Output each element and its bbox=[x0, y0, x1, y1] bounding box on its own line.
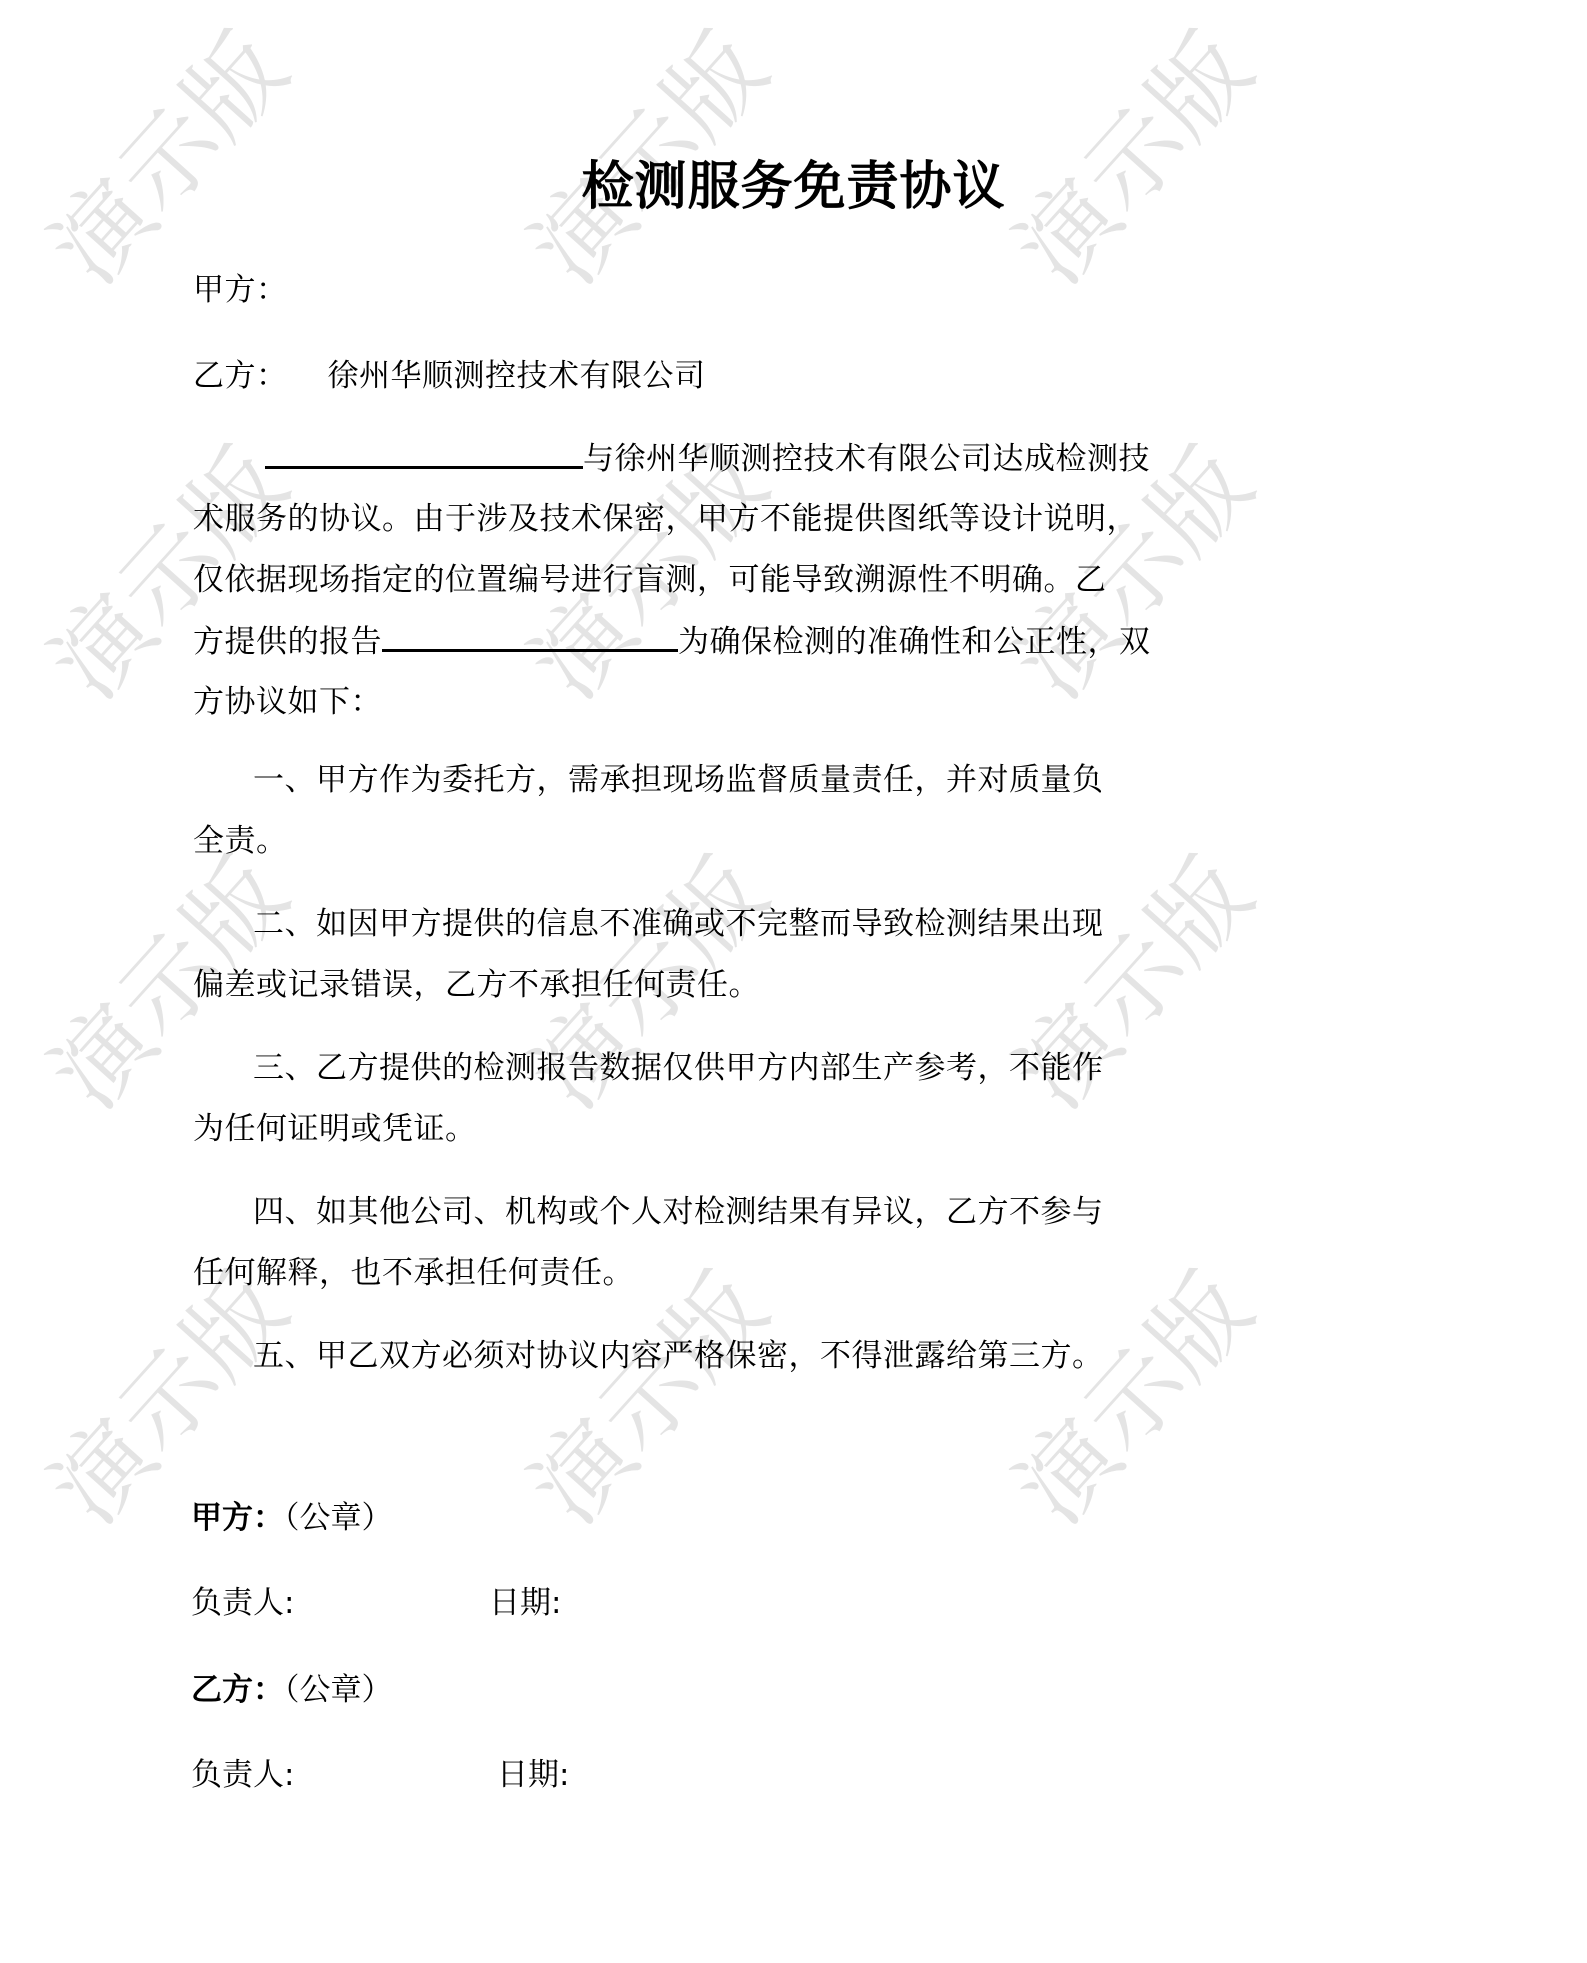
intro-line-2: 术服务的协议。由于涉及技术保密，甲方不能提供图纸等设计说明， bbox=[193, 497, 1138, 541]
clause-3-line-2: 为任何证明或凭证。 bbox=[193, 1107, 477, 1151]
document-page: 演示版 演示版 演示版 演示版 演示版 演示版 演示版 演示版 演示版 演示版 … bbox=[0, 0, 1587, 1963]
clause-3-line-1: 三、乙方提供的检测报告数据仅供甲方内部生产参考，不能作 bbox=[253, 1046, 1104, 1090]
clause-1-line-1: 一、甲方作为委托方，需承担现场监督质量责任，并对质量负 bbox=[253, 758, 1104, 802]
clause-2-line-1: 二、如因甲方提供的信息不准确或不完整而导致检测结果出现 bbox=[253, 902, 1104, 946]
party-a-label: 甲方： bbox=[193, 272, 288, 308]
intro-line-4: 方提供的报告为确保检测的准确性和公正性，双 bbox=[193, 619, 1151, 664]
clause-2-line-2: 偏差或记录错误，乙方不承担任何责任。 bbox=[193, 963, 760, 1007]
party-b-name: 徐州华顺测控技术有限公司 bbox=[328, 358, 706, 394]
signature-party-a-label: 甲方： bbox=[191, 1500, 284, 1536]
signature-party-b-label: 乙方： bbox=[191, 1672, 284, 1708]
watermark: 演示版 bbox=[992, 1247, 1277, 1549]
signature-party-b-person: 负责人: bbox=[191, 1753, 294, 1797]
intro-line-1: 与徐州华顺测控技术有限公司达成检测技 bbox=[265, 436, 1150, 481]
signature-party-b-seal: （公章） bbox=[284, 1672, 393, 1708]
signature-party-b-date: 日期: bbox=[497, 1753, 569, 1797]
signature-party-a-person: 负责人: bbox=[191, 1581, 294, 1625]
clause-5-line-1: 五、甲乙双方必须对协议内容严格保密，不得泄露给第三方。 bbox=[253, 1334, 1104, 1378]
document-title: 检测服务免责协议 bbox=[0, 152, 1587, 222]
clause-1-line-2: 全责。 bbox=[193, 819, 288, 863]
clause-4-line-1: 四、如其他公司、机构或个人对检测结果有异议，乙方不参与 bbox=[253, 1190, 1104, 1234]
signature-party-a-date: 日期: bbox=[489, 1581, 561, 1625]
clause-4-line-2: 任何解释，也不承担任何责任。 bbox=[193, 1251, 634, 1295]
party-b-label: 乙方： bbox=[193, 358, 288, 394]
signature-party-a-seal: （公章） bbox=[284, 1500, 393, 1536]
signature-party-b: 乙方：（公章） bbox=[191, 1668, 393, 1712]
party-a-name-blank[interactable] bbox=[265, 436, 583, 469]
party-b-line: 乙方：徐州华顺测控技术有限公司 bbox=[193, 354, 706, 398]
intro-line-5: 方协议如下： bbox=[193, 680, 382, 724]
party-a-line: 甲方： bbox=[193, 268, 288, 312]
signature-party-a: 甲方：（公章） bbox=[191, 1496, 393, 1540]
intro-line-3: 仅依据现场指定的位置编号进行盲测，可能导致溯源性不明确。乙 bbox=[193, 558, 1107, 602]
report-blank[interactable] bbox=[382, 619, 678, 652]
